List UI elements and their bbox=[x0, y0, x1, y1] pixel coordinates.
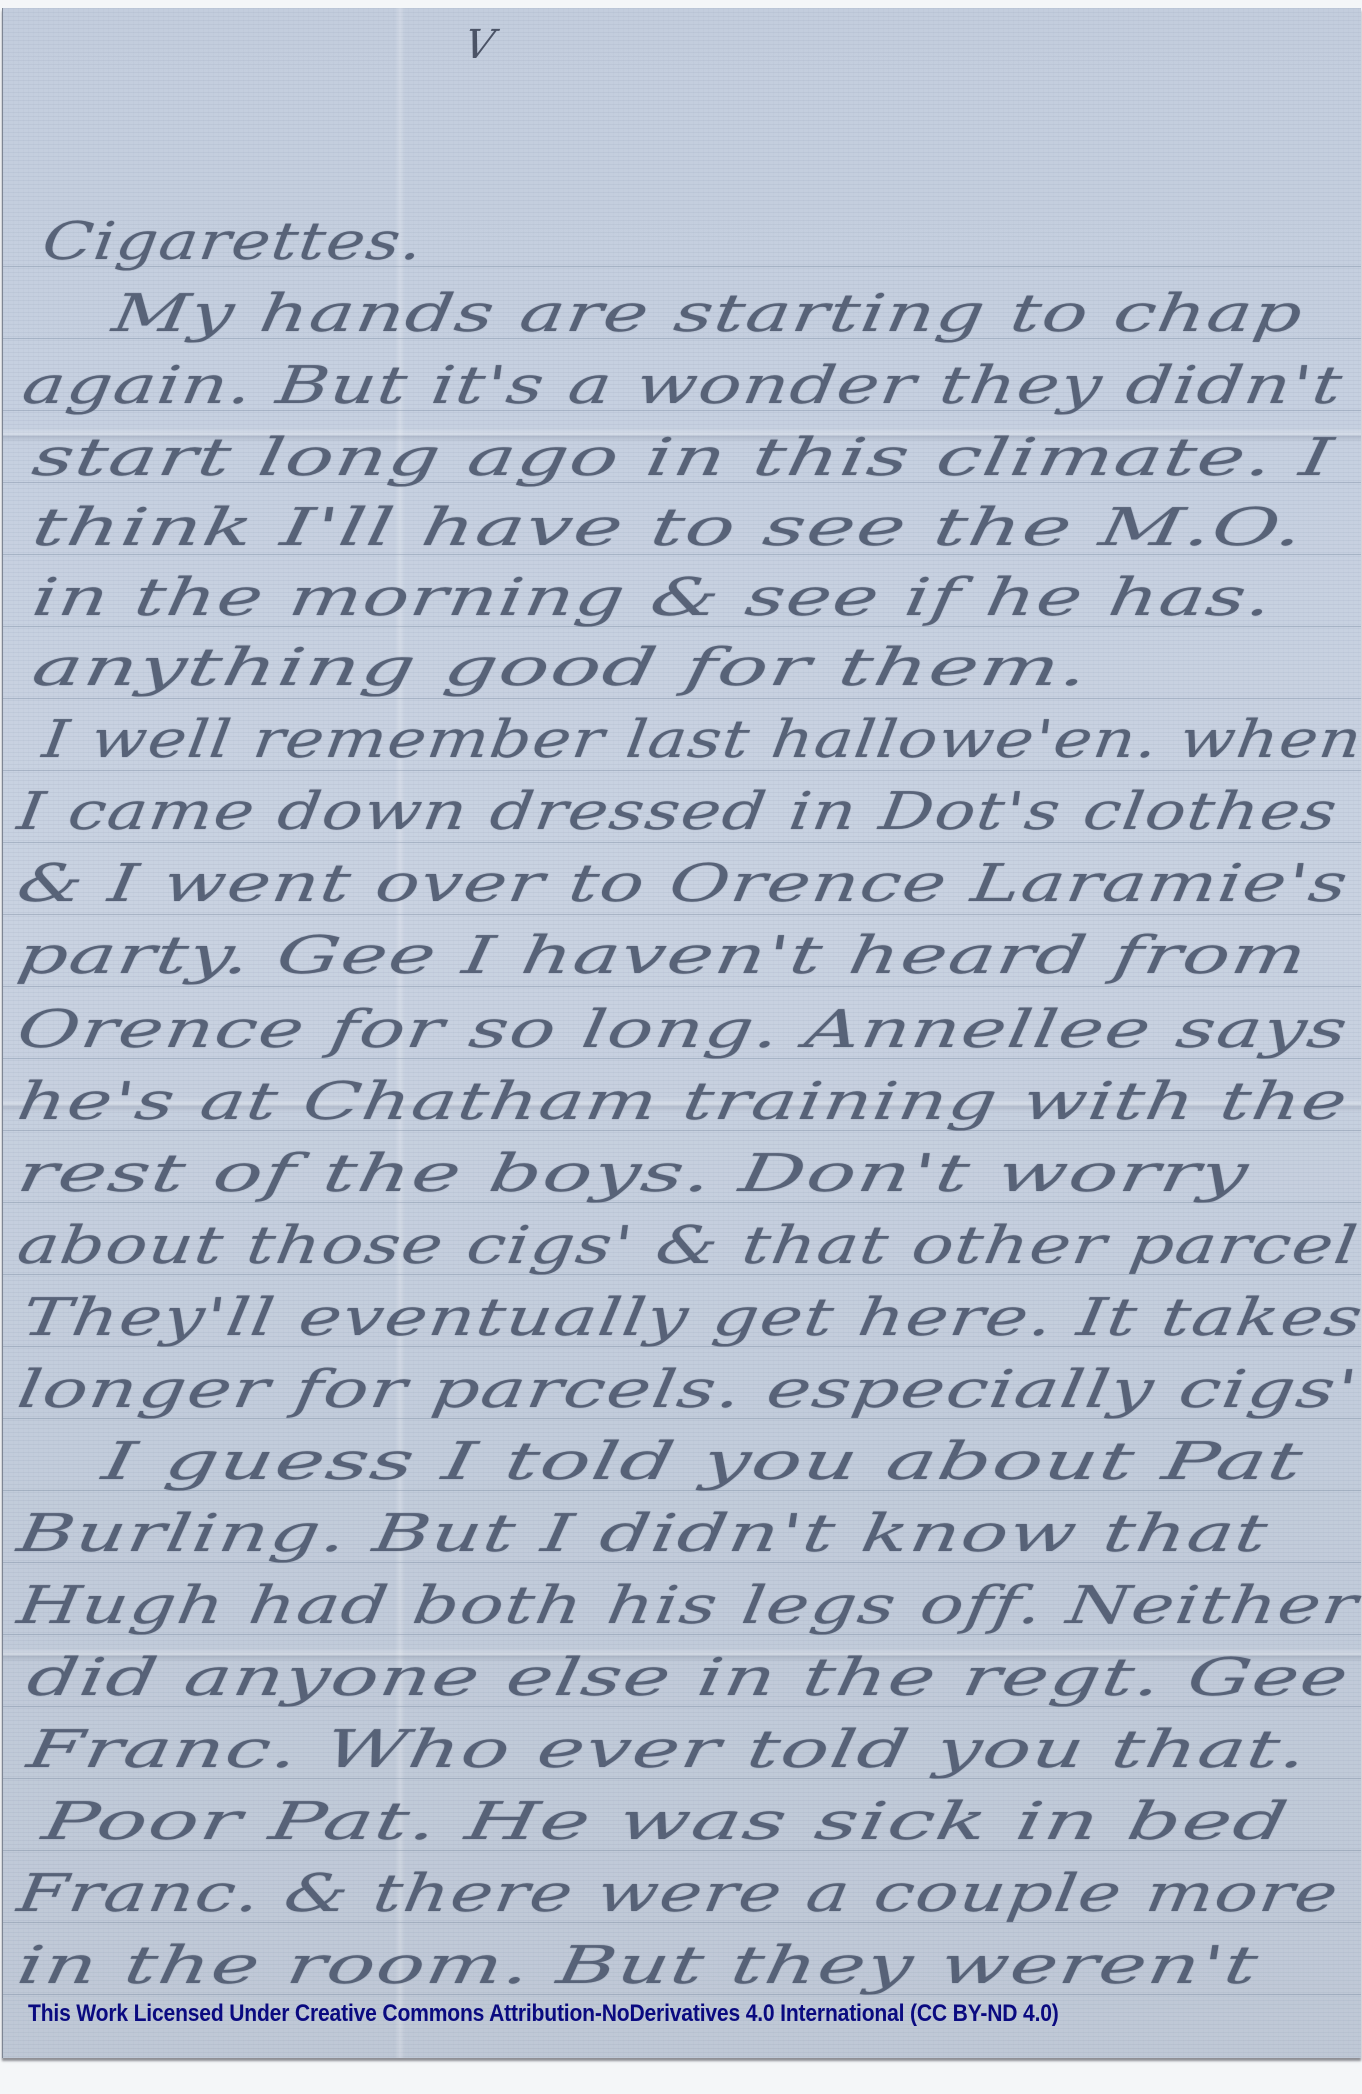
handwritten-line: in the morning & see if he has. bbox=[28, 568, 1277, 628]
ruled-line bbox=[3, 842, 1361, 843]
handwritten-line: Orence for so long. Annellee says bbox=[13, 1000, 1352, 1060]
handwritten-line: did anyone else in the regt. Gee bbox=[23, 1648, 1353, 1708]
ruled-line bbox=[3, 914, 1361, 915]
handwritten-line: party. Gee I haven't heard from bbox=[13, 926, 1312, 986]
handwritten-line: think I'll have to see the M.O. bbox=[28, 498, 1309, 558]
handwritten-line: Hugh had both his legs off. Neither bbox=[14, 1576, 1362, 1636]
handwritten-line: They'll eventually get here. It takes bbox=[19, 1288, 1362, 1348]
handwritten-line: rest of the boys. Don't worry bbox=[13, 1144, 1254, 1204]
handwritten-line: I well remember last hallowe'en. when bbox=[39, 710, 1362, 770]
handwritten-line: Poor Pat. He was sick in bed bbox=[38, 1792, 1293, 1852]
handwritten-line: & I went over to Orence Laramie's bbox=[14, 854, 1353, 914]
page-marker: V bbox=[461, 22, 498, 68]
letter-page: V Cigarettes.My hands are starting to ch… bbox=[2, 8, 1361, 2058]
handwritten-line: longer for parcels. especially cigs' bbox=[13, 1360, 1362, 1420]
ruled-line bbox=[3, 986, 1361, 987]
handwritten-line: Franc. Who ever told you that. bbox=[23, 1720, 1312, 1780]
handwritten-line: I guess I told you about Pat bbox=[98, 1432, 1308, 1492]
handwritten-line: start long ago in this climate. I bbox=[28, 428, 1338, 488]
handwritten-line: in the room. But they weren't bbox=[13, 1936, 1263, 1996]
handwritten-line: Burling. But I didn't know that bbox=[13, 1504, 1272, 1564]
handwritten-line: again. But it's a wonder they didn't bbox=[19, 356, 1347, 416]
handwritten-line: anything good for them. bbox=[28, 638, 1094, 698]
ruled-line bbox=[3, 698, 1361, 699]
handwritten-line: Cigarettes. bbox=[39, 212, 427, 272]
handwritten-line: he's at Chatham training with the bbox=[13, 1072, 1352, 1132]
handwritten-line: about those cigs' & that other parcel bbox=[14, 1216, 1362, 1276]
handwritten-line: Franc. & there were a couple more bbox=[14, 1864, 1343, 1924]
handwritten-line: My hands are starting to chap bbox=[108, 284, 1307, 344]
handwritten-line: I came down dressed in Dot's clothes bbox=[14, 782, 1341, 842]
ruled-line bbox=[3, 770, 1361, 771]
license-notice: This Work Licensed Under Creative Common… bbox=[28, 2000, 1172, 2028]
